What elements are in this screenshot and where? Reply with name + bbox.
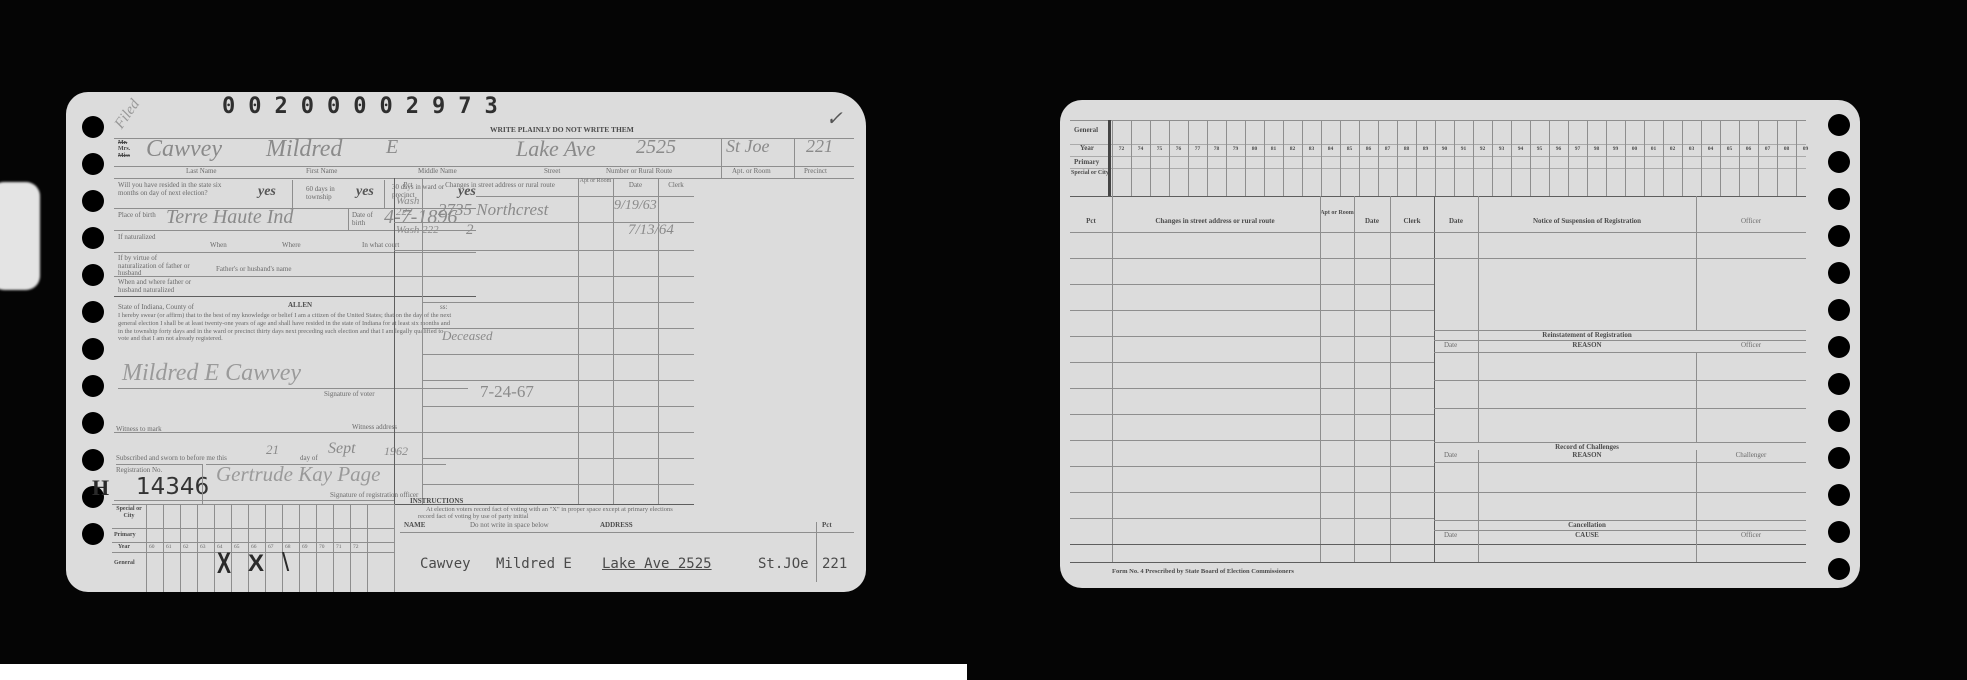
rule [1739,120,1740,196]
rule [578,178,579,504]
last-name-label: Last Name [186,168,217,176]
q-state-residence: Will you have resided in the state six m… [118,182,238,197]
rule [1434,520,1806,521]
typed-city: St.JOe [758,556,809,572]
rule [1478,340,1479,442]
grid-year: 81 [1264,146,1283,152]
subscribed-month: Sept [328,440,356,458]
precinct-label: Precinct [804,168,827,176]
grid-year: 97 [1568,146,1587,152]
when-where-naturalized-label: When and where father or husband natural… [118,279,208,294]
rule [292,180,293,208]
grid-label-primary: Primary [1074,159,1099,167]
grid-year: 03 [1682,146,1701,152]
rule [1320,196,1321,562]
rule [112,504,394,505]
rule [394,250,694,251]
rule [422,380,694,381]
rule [394,178,395,504]
rule [116,464,202,465]
changes-header-apt: Apt or Room [1320,210,1354,217]
rule [613,178,614,504]
rule [114,178,854,179]
reinstatement-header-date: Date [1444,342,1457,350]
suspension-header-notice: Notice of Suspension of Registration [1478,218,1696,226]
rule [231,504,232,592]
punch-hole [1828,410,1850,432]
grid-year: 04 [1701,146,1720,152]
rule [1434,492,1806,493]
grid-year: 09 [1796,146,1815,152]
rule [248,504,249,592]
changes-header-date: Date [613,182,658,190]
instructions-title: INSTRUCTIONS [410,498,463,506]
title-prefix: Mr. Mrs. Miss [118,140,130,159]
grid-label-year: Year [118,544,130,551]
typed-last-name: Cawvey [420,556,471,572]
rule [422,354,694,355]
typed-precinct: 221 [822,556,847,572]
rule [333,504,334,592]
grid-year: 08 [1777,146,1796,152]
typed-street: Lake Ave 2525 [602,556,712,572]
witness-address-label: Witness address [352,424,397,432]
rule [1070,258,1806,259]
rule [1112,120,1113,196]
oath-text: I hereby swear (or affirm) that to the b… [118,312,454,343]
rule [721,138,722,178]
cancellation-header-date: Date [1444,532,1457,540]
rule [384,180,385,208]
registration-number: 14346 [136,474,209,500]
rule [118,388,468,389]
grid-year: 95 [1530,146,1549,152]
rule [1568,120,1569,196]
punch-hole [82,412,104,434]
rule [422,484,694,485]
grid-year: 89 [1416,146,1435,152]
rule [1131,120,1132,196]
rule [1434,196,1435,562]
apt-value: St Joe [726,136,769,157]
rule [1434,442,1806,443]
instructions-name-label: NAME [404,522,425,530]
header-notice: WRITE PLAINLY DO NOT WRITE THEM [490,126,634,134]
grid-year: 61 [166,544,172,550]
grid-year: 74 [1131,146,1150,152]
rule [1492,120,1493,196]
rule [1478,450,1479,530]
rule [112,542,394,543]
oath-county: ALLEN [288,302,312,310]
grid-year: 82 [1283,146,1302,152]
punch-hole [82,116,104,138]
grid-label-general: General [114,560,135,567]
instructions-line-2: record fact of voting by use of party in… [418,513,528,520]
punch-hole [1828,521,1850,543]
rule [1070,144,1806,145]
rule [1696,530,1697,562]
rule [112,528,394,529]
punch-hole [82,153,104,175]
punch-hole [82,338,104,360]
changes-header-address: Changes in street address or rural route [422,182,578,190]
punch-hole [1828,225,1850,247]
registrar-signature: Gertrude Kay Page [216,462,380,487]
rule [1070,336,1434,337]
rule [265,504,266,592]
rule [350,504,351,592]
changes-row-2-pct: Wash 222 [396,224,439,236]
rule [1434,408,1806,409]
grid-label-year: Year [1080,145,1094,153]
rule [1454,120,1455,196]
grid-year: 98 [1587,146,1606,152]
rule [316,504,317,592]
rule [299,504,300,592]
grid-year: 65 [234,544,240,550]
punch-hole [1828,484,1850,506]
grid-year: 76 [1169,146,1188,152]
rule [1390,196,1391,562]
oath-ss: ss: [440,304,447,312]
rule [1720,120,1721,196]
instructions-do-not-write: Do not write in space below [470,522,549,530]
rule [1070,232,1806,233]
naturalized-label: If naturalized [118,234,156,242]
rule [1397,120,1398,196]
rule [1625,120,1626,196]
birth-place-value: Terre Haute Ind [166,206,293,229]
cancellation-title: Cancellation [1478,522,1696,530]
rule [1070,466,1434,467]
grid-year: 75 [1150,146,1169,152]
punch-hole [1828,336,1850,358]
rule [1696,196,1697,330]
punch-hole [1828,188,1850,210]
grid-year: 06 [1739,146,1758,152]
changes-row-2-date: 7/13/64 [628,222,674,239]
rule [146,504,147,592]
grid-year: 83 [1302,146,1321,152]
rule [1264,120,1265,196]
rule [180,504,181,592]
changes-header-pct: Pct [394,182,422,190]
rule [1070,156,1806,157]
reinstatement-header-reason: REASON [1478,342,1696,350]
rule [1340,120,1341,196]
grid-year: 01 [1644,146,1663,152]
scan-margin-strip [0,664,967,680]
rule [197,504,198,592]
reinstatement-title: Reinstatement of Registration [1478,332,1696,340]
rule [1796,120,1797,196]
punch-hole [1828,262,1850,284]
rule [1070,362,1434,363]
grid-year: 99 [1606,146,1625,152]
rule [1682,120,1683,196]
vote-mark-64: X [248,550,264,578]
grid-year: 02 [1663,146,1682,152]
rule [1530,120,1531,196]
street-label: Street [544,168,560,176]
punch-hole [82,375,104,397]
rule [367,504,368,592]
rule [1070,168,1806,169]
rule [422,302,694,303]
punch-hole [1828,114,1850,136]
registration-card-front: Filed 00200002973 WRITE PLAINLY DO NOT W… [66,92,866,592]
suspension-header-officer: Officer [1696,218,1806,226]
changes-row-2-address: 2 [466,222,474,239]
rule [1070,518,1434,519]
precinct-value: 221 [806,136,833,157]
rule [1696,352,1697,442]
changes-header-date: Date [1354,218,1390,226]
changes-row-7-address: 7-24-67 [480,382,534,402]
instructions-address-label: ADDRESS [600,522,633,530]
rule [1478,530,1479,562]
check-mark: ✓ [826,106,843,131]
naturalized-when: When [210,242,227,250]
adjacent-card-edge [0,182,40,290]
rule [1434,462,1806,463]
registration-card-back: General Year Primary Special or City 727… [1060,100,1860,588]
rule [1416,120,1417,196]
rule [1070,440,1434,441]
punch-hole [1828,299,1850,321]
q-township: 60 days in township [306,186,356,201]
subscribed-label: Subscribed and sworn to before me this [116,455,227,463]
punch-hole [82,523,104,545]
changes-header-pct: Pct [1070,218,1112,226]
rule [1696,450,1697,530]
rule [1354,196,1355,562]
instructions-pct-label: Pct [822,522,832,530]
rule [1478,196,1479,342]
grid-year: 79 [1226,146,1245,152]
rule [422,276,694,277]
grid-year: 63 [200,544,206,550]
grid-label-primary: Primary [114,532,136,539]
grid-year: 86 [1359,146,1378,152]
rule [1245,120,1246,196]
rule [1070,492,1434,493]
voter-signature: Mildred E Cawvey [122,360,301,387]
rule [1070,120,1806,121]
number-label: Number or Rural Route [606,168,672,176]
middle-name-value: E [386,136,398,159]
reinstatement-header-officer: Officer [1696,342,1806,350]
grid-year: 78 [1207,146,1226,152]
changes-header-address: Changes in street address or rural route [1112,218,1318,226]
grid-label-general: General [1074,127,1098,135]
changes-row-1-address: 2735 Northcrest [438,200,548,220]
punch-hole [1828,373,1850,395]
typed-first-middle: Mildred E [496,556,572,572]
rule [1207,120,1208,196]
registration-prefix: H [92,475,109,501]
a-township: yes [356,184,374,200]
last-name-value: Cawvey [146,136,222,163]
grid-year: 70 [319,544,325,550]
rule [794,138,795,178]
grid-year: 05 [1720,146,1739,152]
rule [1758,120,1759,196]
changes-header-clerk: Clerk [1390,218,1434,226]
grid-year: 94 [1511,146,1530,152]
corner-annotation: Filed [112,97,144,133]
punch-hole [82,301,104,323]
rule [422,458,694,459]
parent-name-label: Father's or husband's name [216,266,291,274]
birth-date-label: Date of birth [352,212,382,227]
punch-hole [82,190,104,212]
changes-row-1-date: 9/19/63 [614,198,657,214]
a-state-residence: yes [258,184,276,200]
grid-year: 88 [1397,146,1416,152]
rule [1701,120,1702,196]
grid-label-special: Special or City [112,506,146,519]
grid-year: 91 [1454,146,1473,152]
cancellation-header-cause: CAUSE [1478,532,1696,540]
punch-hole [82,264,104,286]
rule [422,432,694,433]
punch-hole [1828,447,1850,469]
number-value: 2525 [636,136,676,159]
challenges-header-reason: REASON [1478,452,1696,460]
punch-hole [82,449,104,471]
rule [1359,120,1360,196]
grid-year: 93 [1492,146,1511,152]
grid-year: 90 [1435,146,1454,152]
challenges-header-challenger: Challenger [1696,452,1806,460]
rule [1169,120,1170,196]
rule [1549,120,1550,196]
first-name-value: Mildred [266,136,342,163]
rule [394,504,395,592]
rule [1302,120,1303,196]
rule [163,504,164,592]
rule [1108,120,1111,196]
rule [1663,120,1664,196]
rule [1283,120,1284,196]
rule [422,406,694,407]
rule [1150,120,1151,196]
parent-naturalization-label: If by virtue of naturalization of father… [118,255,194,278]
grid-year: 60 [149,544,155,550]
rule [1321,120,1322,196]
rule [1070,284,1434,285]
rule [1606,120,1607,196]
rule [1378,120,1379,196]
rule [1435,120,1436,196]
punch-hole [1828,558,1850,580]
naturalized-where: Where [282,242,301,250]
rule [1188,120,1189,196]
cancellation-header-officer: Officer [1696,532,1806,540]
form-footer: Form No. 4 Prescribed by State Board of … [1112,568,1294,575]
voter-signature-label: Signature of voter [324,391,375,399]
rule [1511,120,1512,196]
grid-year: 07 [1758,146,1777,152]
subscribed-year: 1962 [384,444,408,459]
rule [1777,120,1778,196]
changes-row-1-pct: Wash 222 [396,196,422,218]
rule [1070,388,1434,389]
rule [1226,120,1227,196]
vote-mark-66: \ [282,547,289,578]
grid-year: 77 [1188,146,1207,152]
rule [1434,380,1806,381]
changes-header-clerk: Clerk [658,182,694,190]
grid-year: 00 [1625,146,1644,152]
challenges-header-date: Date [1444,452,1457,460]
rule [1644,120,1645,196]
changes-row-5-address: Deceased [442,328,493,344]
middle-name-label: Middle Name [418,168,457,176]
rule [1587,120,1588,196]
grid-year: 69 [302,544,308,550]
rule [400,532,854,533]
birth-place-label: Place of birth [118,212,158,220]
rule [476,196,694,197]
rule [1070,310,1434,311]
registrar-signature-label: Signature of registration officer [330,492,418,500]
grid-year: 72 [353,544,359,550]
punch-hole [1828,151,1850,173]
grid-year: 87 [1378,146,1397,152]
grid-label-special: Special or City [1070,170,1110,177]
subscribed-day: 21 [266,442,279,458]
grid-year: 84 [1321,146,1340,152]
rule [202,464,203,504]
rule [114,500,394,501]
grid-year: 85 [1340,146,1359,152]
serial-number: 00200002973 [222,94,511,119]
first-name-label: First Name [306,168,337,176]
grid-year: 67 [268,544,274,550]
vote-mark-62: X [217,547,231,581]
rule [816,522,817,582]
grid-year: 71 [336,544,342,550]
rule [348,208,349,230]
grid-year: 92 [1473,146,1492,152]
grid-year: 96 [1549,146,1568,152]
grid-year: 80 [1245,146,1264,152]
suspension-header-date: Date [1434,218,1478,226]
rule [1070,562,1806,563]
oath-state-county: State of Indiana, County of [118,304,194,312]
rule [1473,120,1474,196]
rule [1112,196,1113,562]
rule [214,504,215,592]
apt-label: Apt. or Room [732,168,771,176]
street-value: Lake Ave [516,136,596,162]
rule [1434,352,1806,353]
grid-year: 62 [183,544,189,550]
grid-year: 72 [1112,146,1131,152]
rule [1070,414,1434,415]
punch-hole [82,227,104,249]
changes-header-apt: Apt or Room [578,178,613,185]
